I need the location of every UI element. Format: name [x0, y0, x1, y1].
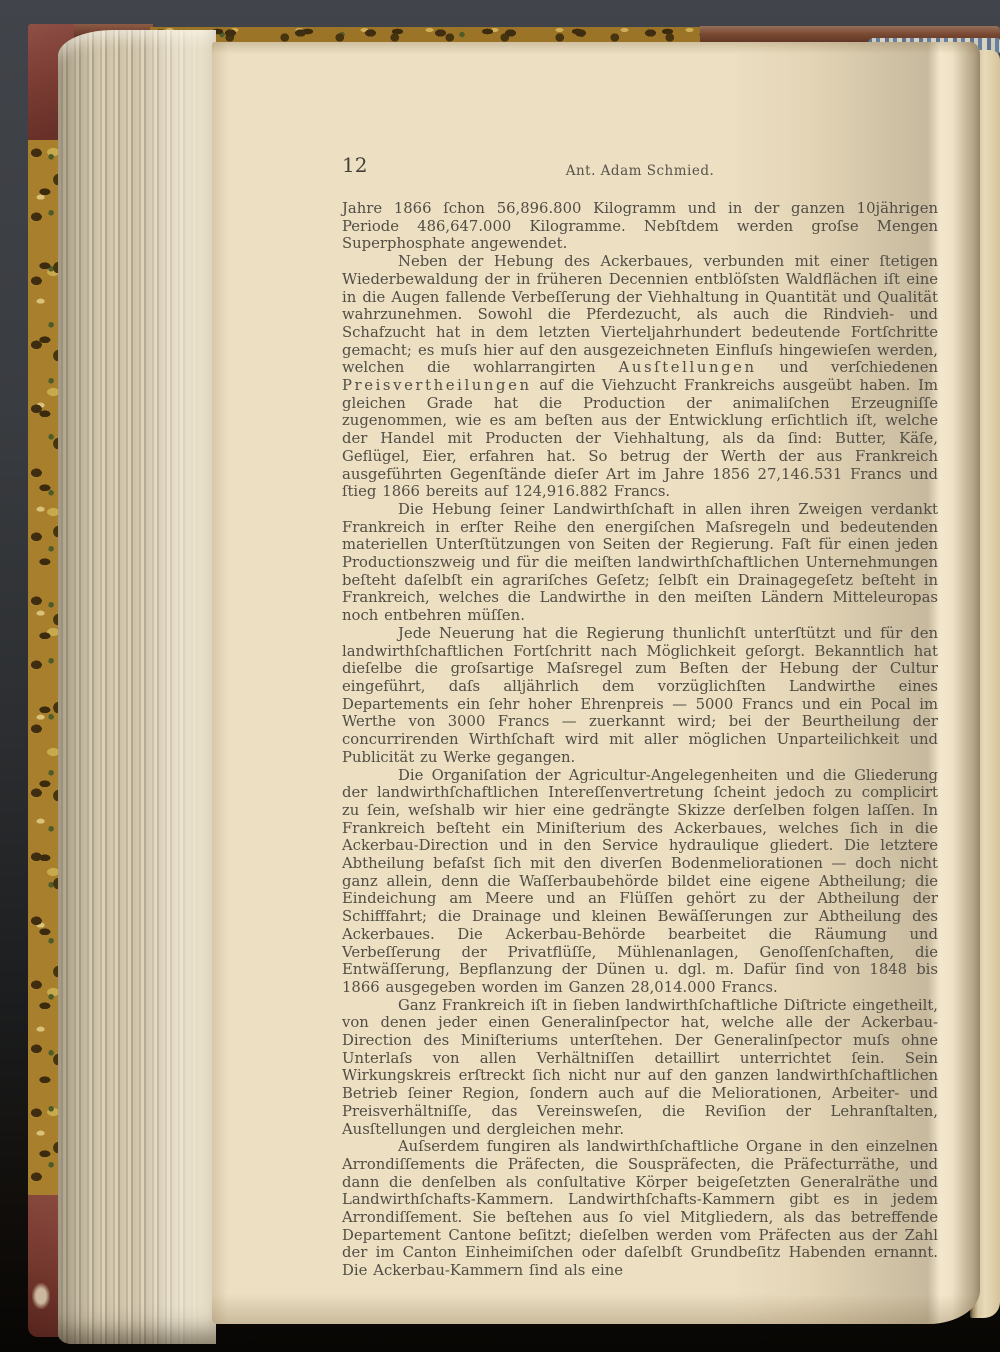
- text-run: Ganz Frankreich iſt in ſieben landwirthſ…: [342, 997, 938, 1138]
- paragraph: Ganz Frankreich iſt in ſieben landwirthſ…: [342, 997, 938, 1139]
- page-stack-edges: [58, 30, 216, 1344]
- page-body-text: Jahre 1866 ſchon 56,896.800 Kilogramm un…: [342, 200, 938, 1280]
- paragraph: Die Hebung ſeiner Landwirthſchaft in all…: [342, 501, 938, 625]
- book-photograph: 12 Ant. Adam Schmied. Jahre 1866 ſchon 5…: [0, 0, 1000, 1352]
- paragraph: Jahre 1866 ſchon 56,896.800 Kilogramm un…: [342, 200, 938, 253]
- text-run: Jahre 1866 ſchon 56,896.800 Kilogramm un…: [342, 200, 938, 252]
- running-header: Ant. Adam Schmied.: [342, 163, 938, 179]
- letterspaced-text-run: Preisvertheilungen: [342, 377, 532, 394]
- paragraph: Jede Neuerung hat die Regierung thunlich…: [342, 625, 938, 767]
- text-run: Die Organiſation der Agricultur-Angelege…: [342, 767, 938, 996]
- paragraph: Die Organiſation der Agricultur-Angelege…: [342, 767, 938, 997]
- paragraph: Neben der Hebung des Ackerbaues, verbund…: [342, 253, 938, 501]
- paragraph: Auſserdem fungiren als landwirthſchaftli…: [342, 1138, 938, 1280]
- text-run: und verſchiedenen: [757, 359, 938, 376]
- open-page: 12 Ant. Adam Schmied. Jahre 1866 ſchon 5…: [212, 42, 980, 1324]
- text-run: Jede Neuerung hat die Regierung thunlich…: [342, 625, 938, 766]
- text-run: Neben der Hebung des Ackerbaues, verbund…: [342, 253, 938, 376]
- text-run: Die Hebung ſeiner Landwirthſchaft in all…: [342, 501, 938, 624]
- letterspaced-text-run: Ausſtellungen: [619, 359, 757, 376]
- cover-top-edge-marbled: [150, 27, 705, 42]
- text-run: Auſserdem fungiren als landwirthſchaftli…: [342, 1138, 938, 1279]
- text-run: auf die Viehzucht Frankreichs ausgeübt h…: [342, 377, 938, 500]
